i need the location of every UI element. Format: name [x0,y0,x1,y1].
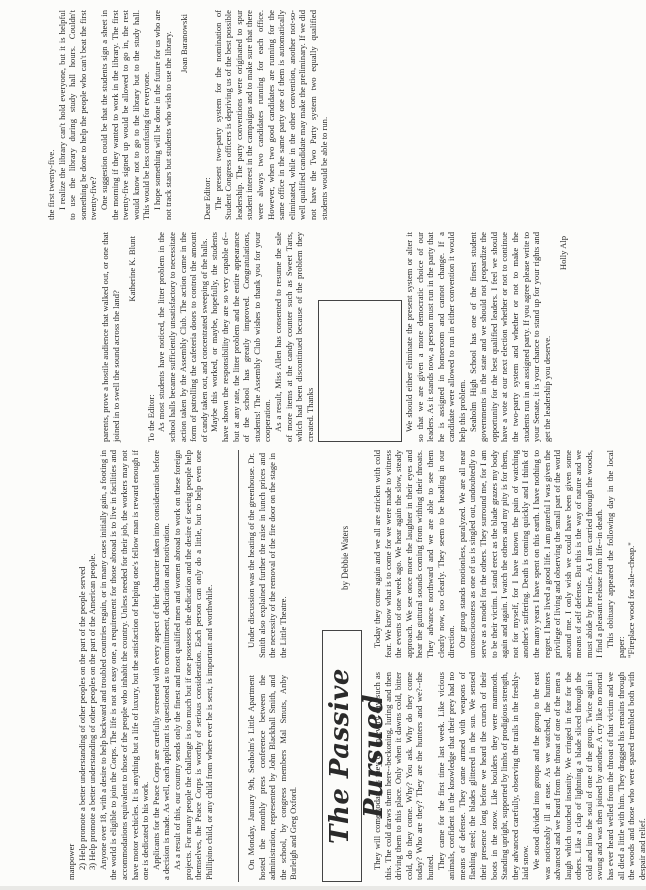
paragraph: We stood divided into groups and the gro… [531,672,646,880]
paragraph: Applicants for the Peace Corps are caref… [151,450,172,880]
letter-audience: parents, prove a hostile audience that w… [100,232,315,442]
empty-box [318,300,402,442]
page-edge [0,886,646,890]
paragraph: 3) Help promote a better understanding o… [87,450,98,880]
paragraph: Maybe this worked, or maybe, hopefully, … [209,232,273,442]
paragraph: As a result of this, our country sends o… [172,450,214,880]
paragraph: They will come today, as they do on ever… [372,672,436,880]
paragraph: I hope something will be done in the fut… [152,10,173,220]
letter-party-col-2: We should either eliminate the present s… [404,232,577,442]
paragraph: This obituary appeared the following day… [605,450,626,658]
paragraph: Seaholm High School has one of the fines… [468,232,553,442]
signature: Katherine K. Blunt [127,236,138,442]
paragraph: One suggestion could be that the student… [99,10,152,220]
newspaper-page: manpower 2) Help promote a better unders… [0,0,646,890]
divider [238,450,239,882]
letter-library: the first twenty-five. I realize the lib… [46,10,198,220]
paragraph: I realize the library can't hold everyon… [57,10,99,220]
press-conference-col-2: Under discussion was the heating of the … [246,453,288,658]
fragment: manpower [66,450,77,880]
passive-pursued-title-box: The Passive Pursued [322,630,362,882]
paragraph: "Fireplace wood for sale--cheap." [626,450,637,658]
signature: Holly Alp [558,236,569,442]
paragraph: They came for the first time last week. … [436,672,531,880]
passive-pursued-col-2: Today they come again and we all are str… [372,450,637,658]
byline: by Debbie Waters [340,526,351,590]
paragraph: Under discussion was the heating of the … [246,453,288,658]
paragraph: As most students have noticed, the litte… [156,232,209,442]
peace-corps-article: manpower 2) Help promote a better unders… [66,450,214,880]
paragraph: The present two-party system for the nom… [213,10,330,220]
press-conference-col-1: On Monday, January 9th, Seaholm's Little… [246,675,299,880]
salutation: To the Editor: [146,232,157,442]
fragment: the first twenty-five. [46,10,57,220]
letter-party-col-1: Dear Editor: The present two-party syste… [202,10,329,220]
paragraph: We should either eliminate the present s… [404,232,468,442]
paragraph: On Monday, January 9th, Seaholm's Little… [246,675,299,880]
paragraph: 2) Help promote a better understanding o… [77,450,88,880]
paragraph: Our group stands motionless, paralyzed. … [457,450,605,658]
paragraph: parents, prove a hostile audience that w… [100,232,121,442]
paragraph: As a result, Miss Allen has consented to… [273,232,315,442]
paragraph: Anyone over 18, with a desire to help ba… [98,450,151,880]
salutation: Dear Editor: [202,10,213,220]
paragraph: Today they come again and we all are str… [372,450,457,658]
passive-pursued-col-1: They will come today, as they do on ever… [372,672,646,880]
signature: Joan Baranowski [179,14,190,220]
